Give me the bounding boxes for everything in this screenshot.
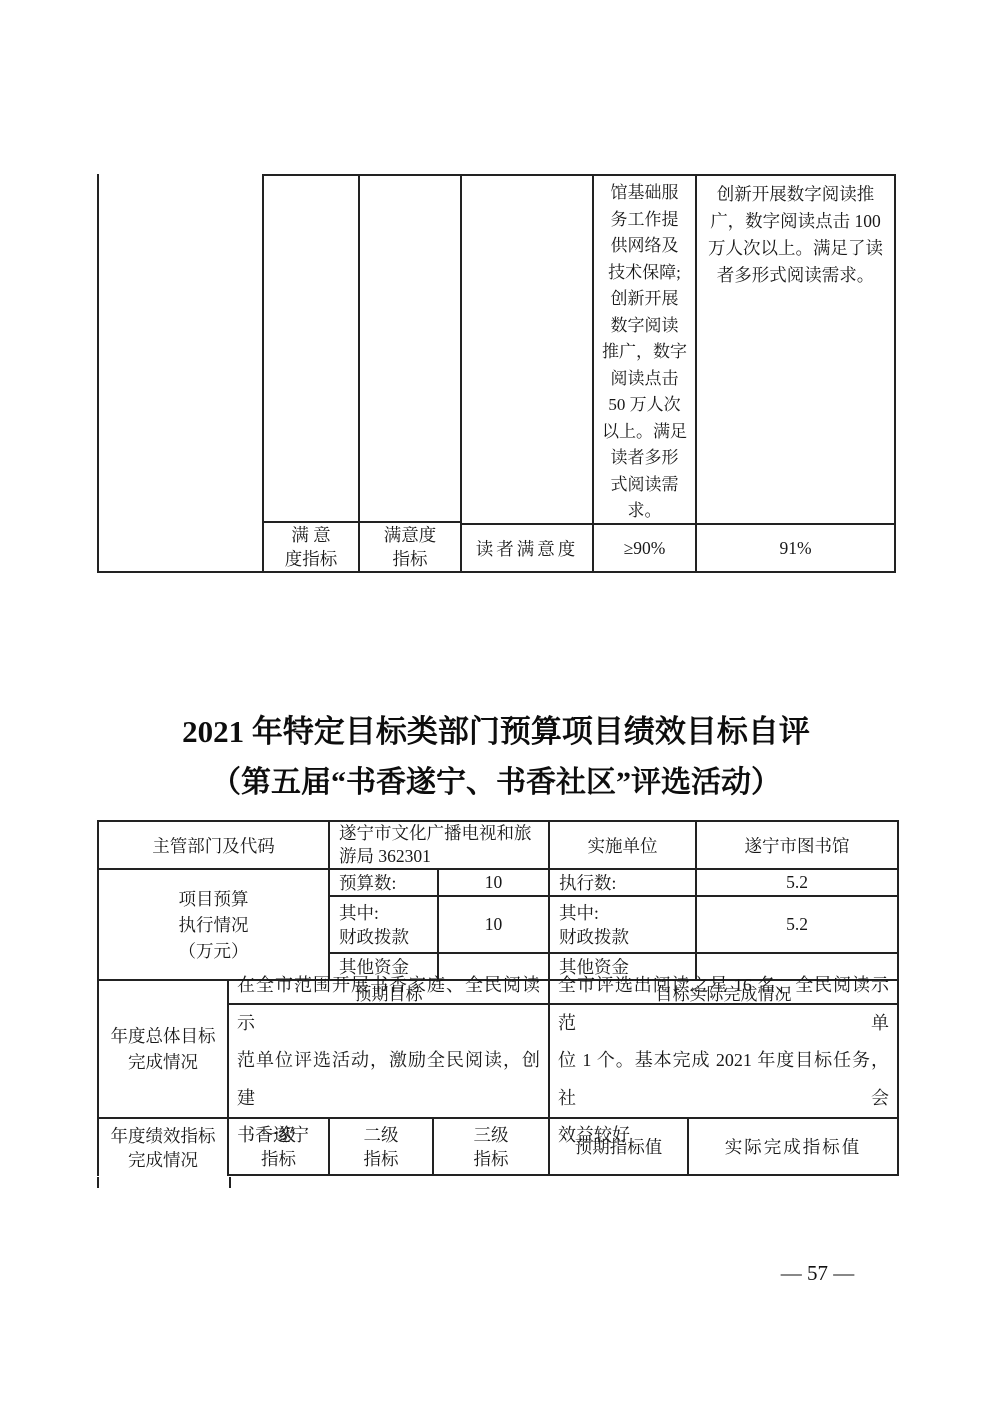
t2-level1-header-cell: 一级指标: [229, 1119, 330, 1176]
t2-actual-indicator-header: 实际完成指标值: [689, 1119, 899, 1176]
t2-expected-goal-text: 在全市范围开展书香家庭、全民阅读示范单位评选活动，激励全民阅读，创建书香遂宁: [229, 1005, 550, 1119]
document-title: 2021 年特定目标类部门预算项目绩效目标自评 （第五届“书香遂宁、书香社区”评…: [96, 707, 896, 809]
t1-level1-empty-cell: [264, 176, 358, 521]
t2-budget-block: 项目预算执行情况（万元） 预算数: 10 执行数: 5.2 其中:财政拨款 10…: [99, 870, 899, 981]
t1-expected-goal-text: 馆基础服务工作提供网络及技术保障;创新开展数字阅读推广，数字阅读点击50 万人次…: [594, 176, 695, 523]
t2-execution-number-value: 5.2: [697, 870, 899, 897]
title-line-2: （第五届“书香遂宁、书香社区”评选活动）: [96, 757, 896, 809]
t1-col-level2: 满意度指标: [358, 174, 460, 571]
t1-level2-empty-cell: [360, 176, 460, 521]
t2-fiscal-alloc-value-right: 5.2: [697, 897, 899, 954]
title-line-1: 2021 年特定目标类部门预算项目绩效目标自评: [96, 707, 896, 757]
t2-execution-number-label: 执行数:: [550, 870, 697, 897]
performance-table-continued: 满 意度指标 满意度指标 读者满意度 馆基础服务工作提供网络及技术保障;创新开展…: [97, 174, 896, 573]
t2-annual-goal-label-cell: 年度总体目标完成情况: [99, 981, 229, 1119]
t1-left-merged-cell: [97, 174, 262, 571]
t1-actual-value-cell: 91%: [697, 523, 894, 571]
t2-dept-value-cell: 遂宁市文化广播电视和旅游局 362301: [330, 822, 550, 870]
t1-col-level3: 读者满意度: [460, 174, 592, 571]
t1-level1-satisfaction-cell: 满 意度指标: [264, 521, 358, 571]
t2-budget-number-label: 预算数:: [330, 870, 439, 897]
t2-annual-goal-block: 年度总体目标完成情况 预期目标 目标实际完成情况 在全市范围开展书香家庭、全民阅…: [99, 981, 899, 1119]
self-evaluation-table: 主管部门及代码 遂宁市文化广播电视和旅游局 362301 实施单位 遂宁市图书馆…: [97, 820, 899, 1176]
t1-level2-satisfaction-cell: 满意度指标: [360, 521, 460, 571]
t2-perf-indicator-row: 年度绩效指标完成情况 一级指标 二级指标 三级指标 预期指标值 实际完成指标值: [99, 1119, 899, 1176]
t2-budget-number-value: 10: [439, 870, 550, 897]
page-number: — 57 —: [760, 1261, 875, 1286]
t1-col-expected: 馆基础服务工作提供网络及技术保障;创新开展数字阅读推广，数字阅读点击50 万人次…: [592, 174, 695, 571]
t1-expected-value-cell: ≥90%: [594, 523, 695, 571]
t2-level2-header-cell: 二级指标: [330, 1119, 434, 1176]
t1-actual-completion-text: 创新开展数字阅读推广，数字阅读点击 100万人次以上。满足了读者多形式阅读需求。: [697, 176, 894, 523]
t2-expected-indicator-header: 预期指标值: [550, 1119, 689, 1176]
t1-col-actual: 创新开展数字阅读推广，数字阅读点击 100万人次以上。满足了读者多形式阅读需求。…: [695, 174, 896, 571]
t2-dept-label-cell: 主管部门及代码: [99, 822, 330, 870]
t1-col-level1: 满 意度指标: [262, 174, 358, 571]
t2-row-department: 主管部门及代码 遂宁市文化广播电视和旅游局 362301 实施单位 遂宁市图书馆: [99, 822, 899, 870]
t2-annual-goal-subrows: 预期目标 目标实际完成情况 在全市范围开展书香家庭、全民阅读示范单位评选活动，激…: [229, 981, 899, 1119]
document-page: { "table1": { "tall_row": { "output_line…: [0, 0, 992, 1403]
t1-reader-satisfaction-cell: 读者满意度: [462, 523, 592, 571]
t2-unit-label-cell: 实施单位: [550, 822, 697, 870]
t2-budget-row2: 其中:财政拨款 10 其中:财政拨款 5.2: [330, 897, 899, 954]
t2-goal-content-row: 在全市范围开展书香家庭、全民阅读示范单位评选活动，激励全民阅读，创建书香遂宁 全…: [229, 1005, 899, 1119]
t2-fiscal-alloc-label-left: 其中:财政拨款: [330, 897, 439, 954]
t2-budget-label-cell: 项目预算执行情况（万元）: [99, 870, 330, 981]
t2-actual-goal-text: 全市评选出阅读之星 16 名、全民阅读示范单位 1 个。基本完成 2021 年度…: [550, 1005, 899, 1119]
t2-fiscal-alloc-value-left: 10: [439, 897, 550, 954]
t2-perf-label-cell: 年度绩效指标完成情况: [99, 1119, 229, 1176]
table-continuation-stub: [97, 1177, 231, 1188]
t2-level3-header-cell: 三级指标: [434, 1119, 550, 1176]
t2-fiscal-alloc-label-right: 其中:财政拨款: [550, 897, 697, 954]
t1-level3-empty-cell: [462, 176, 592, 523]
t2-budget-row1: 预算数: 10 执行数: 5.2: [330, 870, 899, 897]
t2-unit-value-cell: 遂宁市图书馆: [697, 822, 899, 870]
t2-budget-subrows: 预算数: 10 执行数: 5.2 其中:财政拨款 10 其中:财政拨款 5.2 …: [330, 870, 899, 981]
